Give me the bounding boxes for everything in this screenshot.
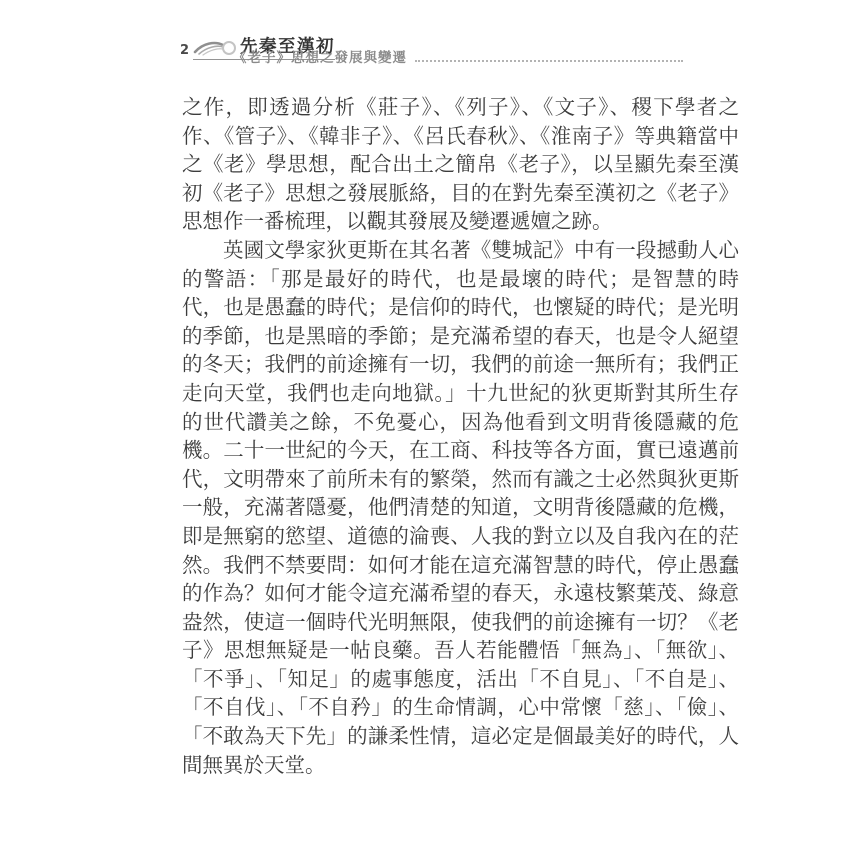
section-subtitle: 《老子》思想之發展與變遷 bbox=[233, 50, 407, 66]
paragraph: 英國文學家狄更斯在其名著《雙城記》中有一段撼動人心的警語：「那是最好的時代，也是… bbox=[182, 236, 739, 779]
paragraph: 之作，即透過分析《莊子》、《列子》、《文子》、稷下學者之作、《管子》、《韓非子》… bbox=[182, 93, 739, 236]
body-text: 之作，即透過分析《莊子》、《列子》、《文子》、稷下學者之作、《管子》、《韓非子》… bbox=[182, 93, 739, 779]
dotted-leader-line bbox=[415, 60, 683, 62]
page-number: 2 bbox=[180, 43, 189, 60]
page-subheader: 《老子》思想之發展與變遷 bbox=[233, 50, 683, 66]
book-page: 2 先秦至漢初 《老子》思想之發展與變遷 之作，即透過分析《莊子》、《列子》、《… bbox=[0, 0, 850, 850]
